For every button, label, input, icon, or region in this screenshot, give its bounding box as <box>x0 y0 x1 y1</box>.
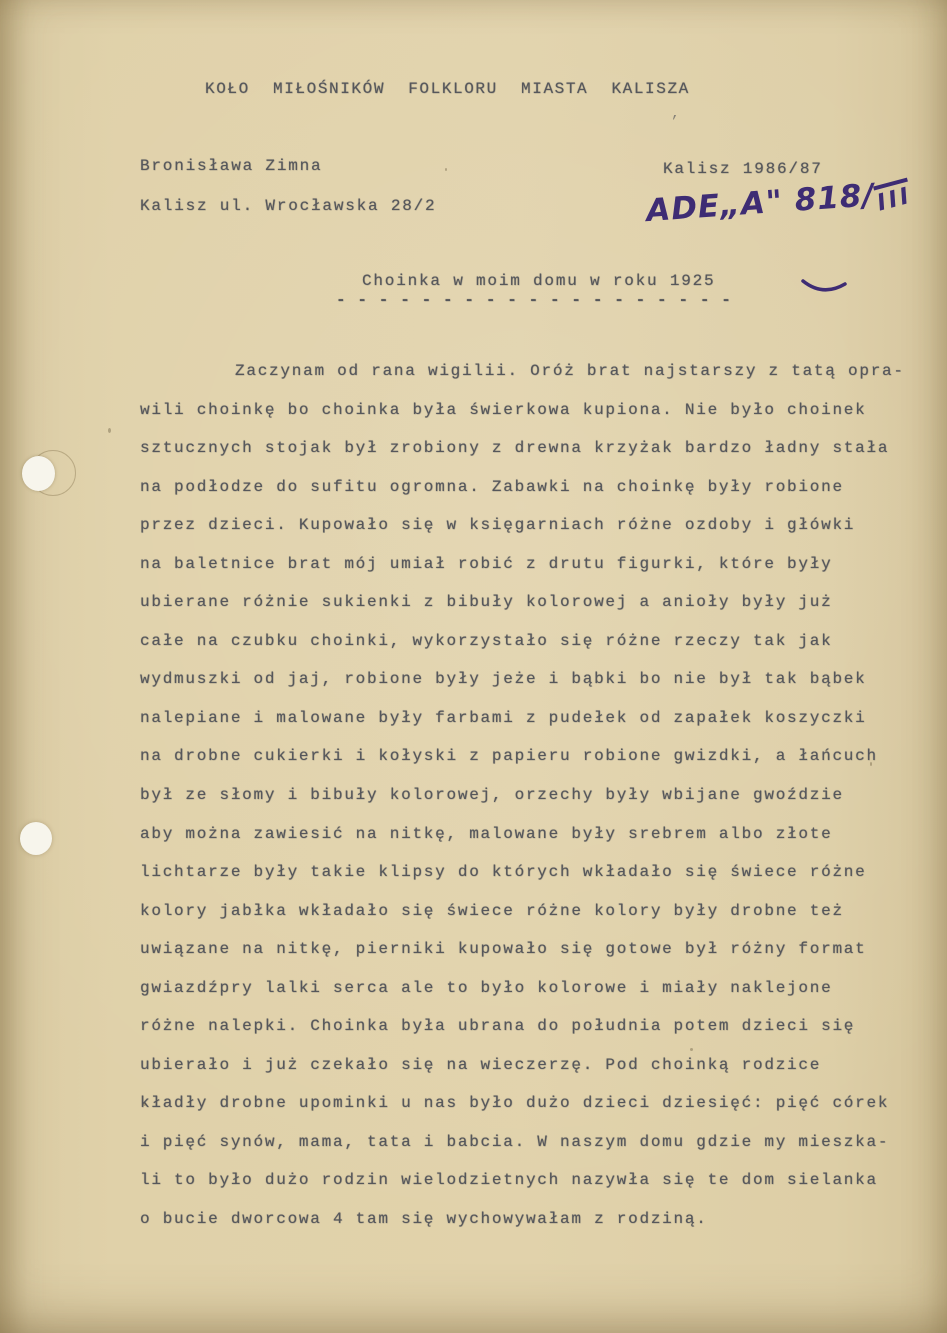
handwritten-archive-annotation: ADE„A" 818/III <box>645 175 910 229</box>
author-name: Bronisława Zimna <box>140 157 322 175</box>
paper-speck <box>690 1048 693 1051</box>
hole-punch-bottom <box>20 822 52 855</box>
organization-header: KOŁO MIŁOŚNIKÓW FOLKLORU MIASTA KALISZA <box>205 80 690 98</box>
annotation-roman-numeral: III <box>873 178 915 217</box>
memoir-body-text: Zaczynam od rana wigilii. Oróż brat najs… <box>140 352 905 1239</box>
author-address: Kalisz ul. Wrocławska 28/2 <box>140 197 436 215</box>
paper-speck <box>445 168 447 171</box>
annotation-text: ADE„A" 818/ <box>645 177 876 229</box>
title-dashed-underline: - - - - - - - - - - - - - - - - - - - <box>336 291 732 309</box>
hole-punch-top <box>22 456 55 491</box>
paper-speck <box>143 1103 146 1106</box>
document-title: Choinka w moim domu w roku 1925 <box>362 272 715 290</box>
paper-speck <box>870 762 872 766</box>
handwritten-curl-mark <box>800 278 848 296</box>
scanned-document-page: KOŁO MIŁOŚNIKÓW FOLKLORU MIASTA KALISZA … <box>0 0 947 1333</box>
place-and-year: Kalisz 1986/87 <box>663 160 823 178</box>
paper-speck <box>108 428 111 433</box>
stray-ink-mark: ’ <box>670 114 679 131</box>
